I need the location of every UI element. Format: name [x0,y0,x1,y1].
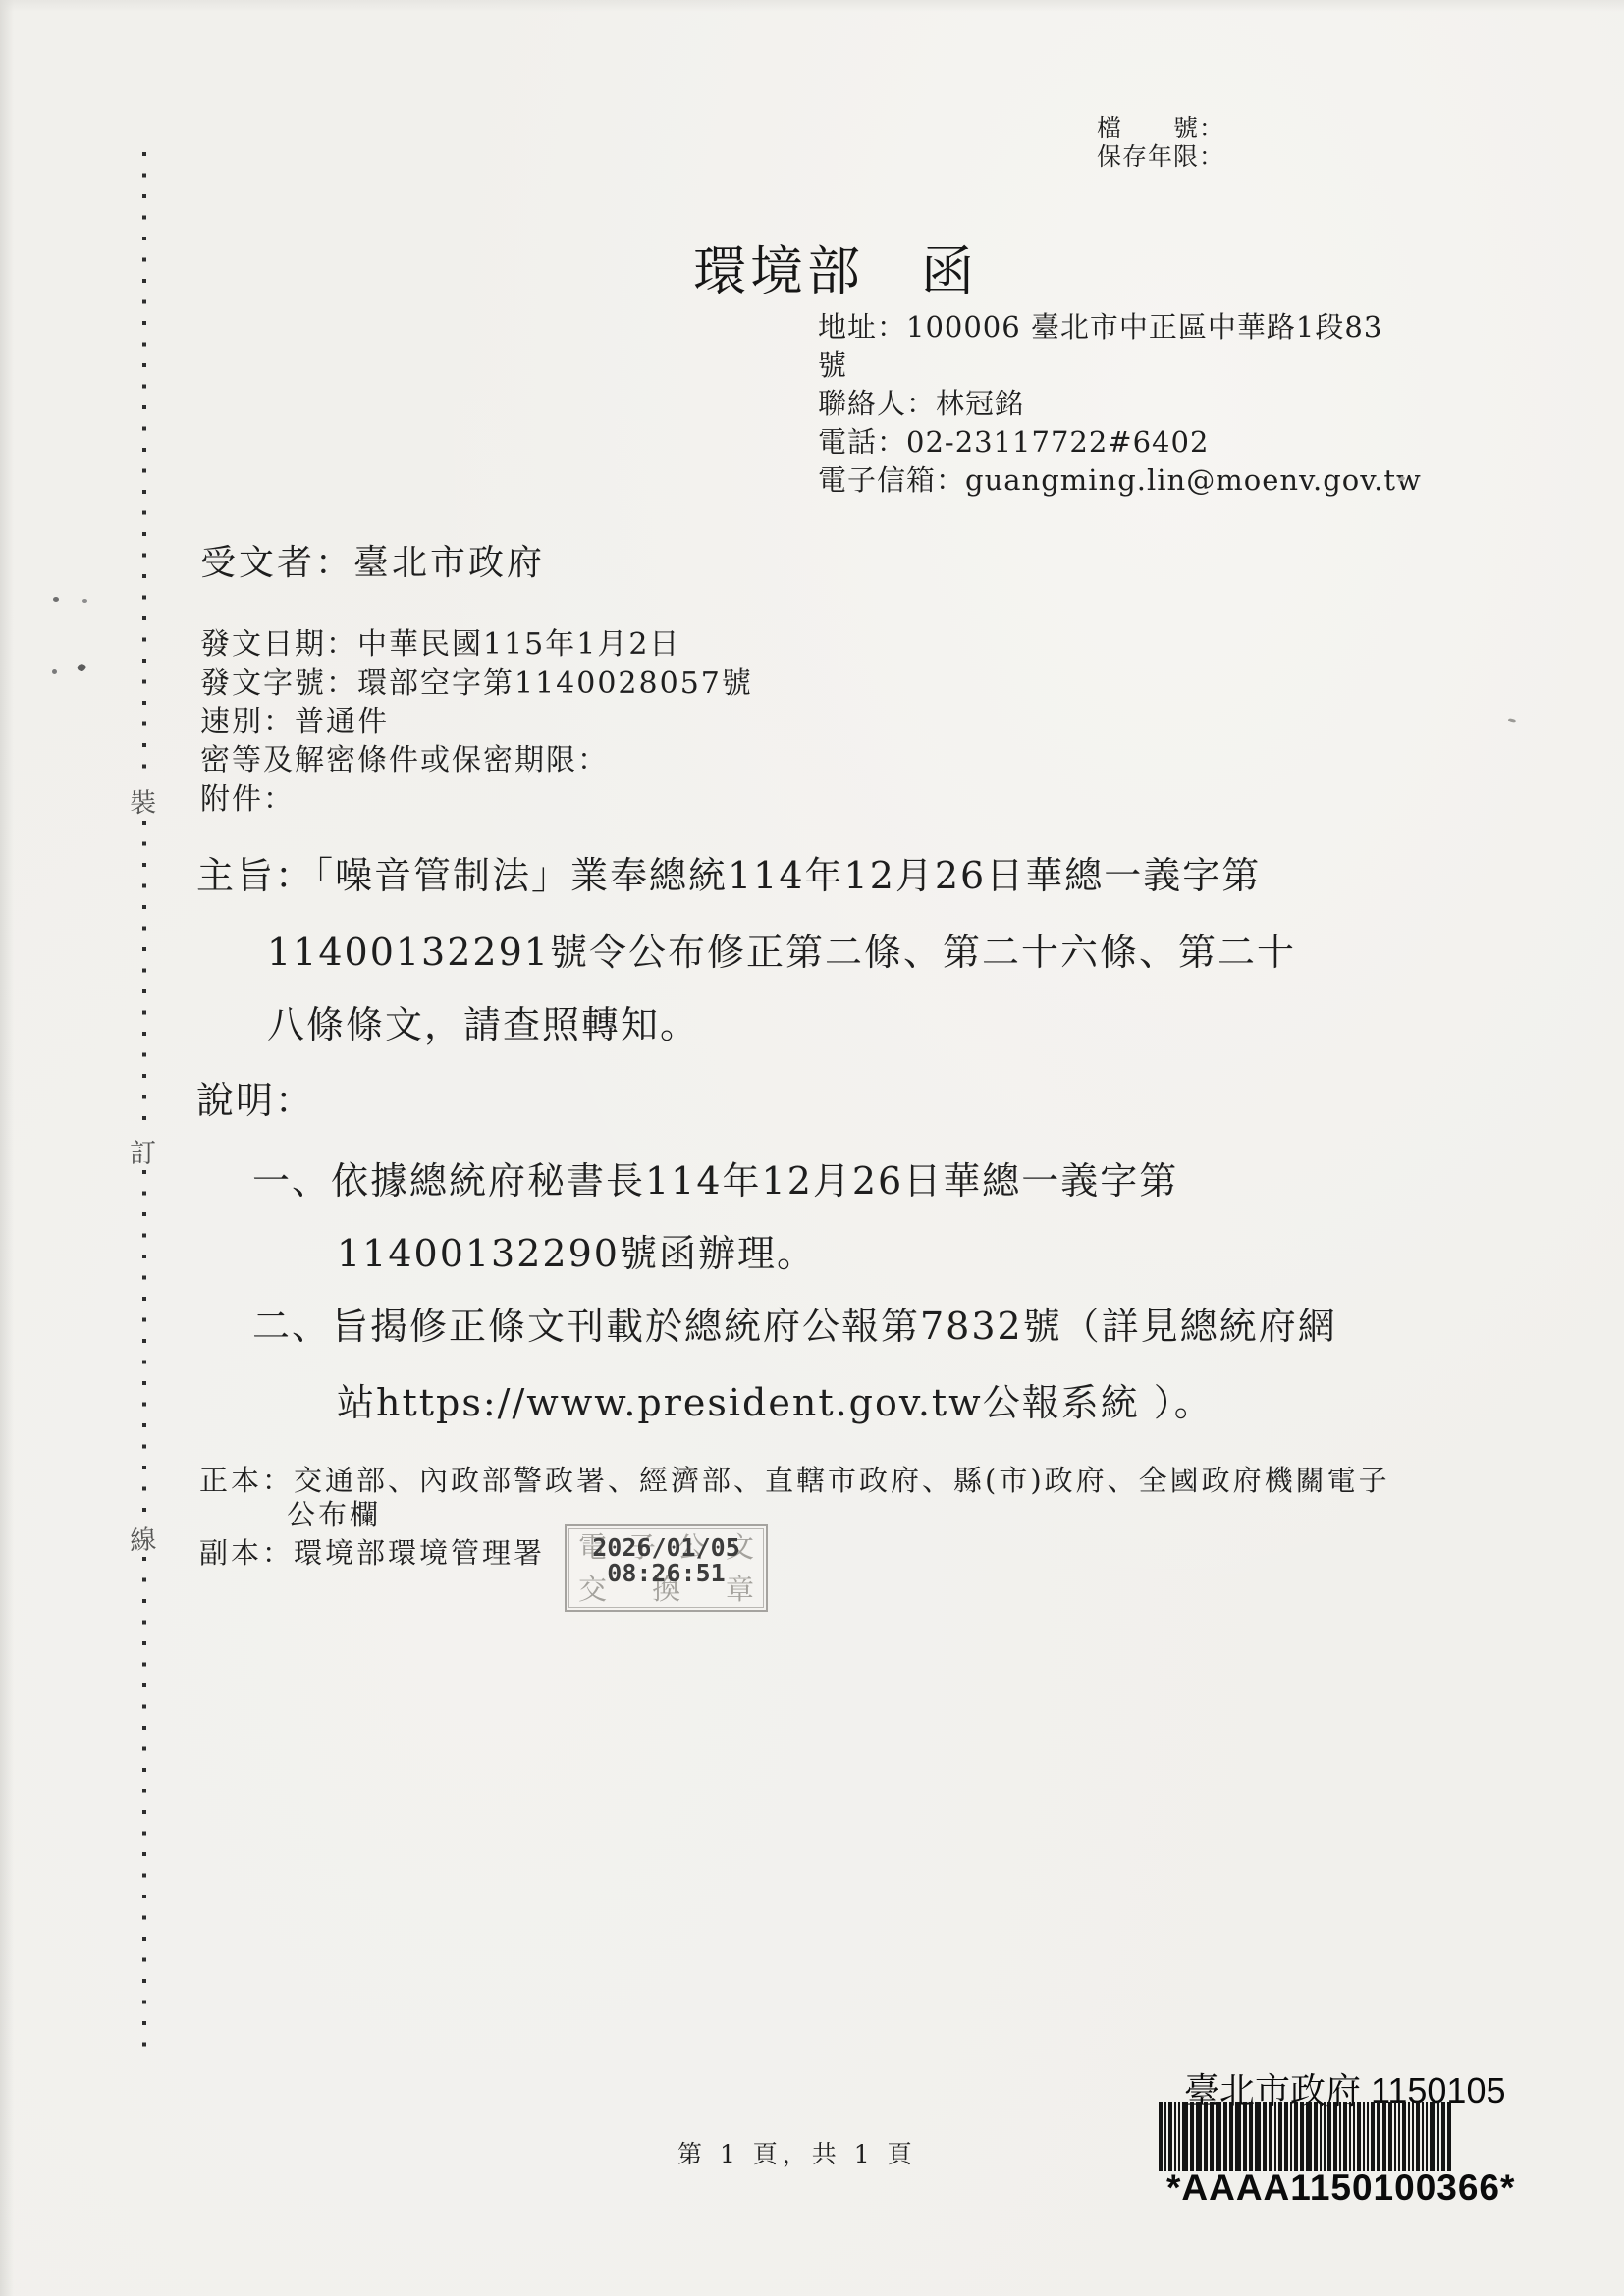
explanation-item1-line2: 11400132290號函辦理。 [337,1223,816,1277]
speed-class-line: 速別：普通件 [200,697,389,740]
subject-line3: 八條條文，請查照轉知。 [267,994,699,1048]
binding-mark-xian: 線 [129,1518,157,1557]
barcode-value: *AAAA1150100366* [1166,2167,1515,2209]
scan-speck [1508,718,1517,723]
doc-number-line: 發文字號：環部空字第1140028057號 [200,659,753,702]
original-recipients-line2: 公布欄 [287,1493,381,1533]
security-class-line: 密等及解密條件或保密期限： [200,735,609,778]
document-title: 環境部 函 [693,230,978,305]
recipient-line: 受文者：臺北市政府 [200,535,545,585]
scan-speck [76,662,86,672]
electronic-exchange-stamp: 電 子 公 文 交 換 章 2026/01/05 08:26:51 [565,1524,768,1612]
retention-period-label: 保存年限： [1097,142,1224,171]
binding-dotted-line-segment [142,152,146,778]
scan-speck [82,599,87,603]
subject-line1: 主旨：「噪音管制法」業奉總統114年12月26日華總一義字第 [196,845,1261,899]
barcode [1159,2102,1481,2171]
scan-speck [52,669,57,674]
stamp-date: 2026/01/05 [567,1535,766,1561]
binding-mark-zhuang: 裝 [129,781,156,821]
sender-contact-person: 聯絡人：林冠銘 [818,382,1024,422]
sender-address-line2: 號 [818,344,847,384]
binding-dotted-line-segment [142,1557,146,2063]
sender-phone: 電話：02-23117722#6402 [818,420,1209,460]
explanation-heading: 說明： [196,1070,314,1124]
sender-email: 電子信箱：guangming.lin@moenv.gov.tw [818,458,1422,499]
explanation-item2-line2: 站https://www.president.gov.tw公報系統 ）。 [337,1372,1214,1426]
explanation-item1-line1: 一、依據總統府秘書長114年12月26日華總一義字第 [252,1150,1178,1204]
scanned-letter-page: 裝 訂 線 檔 號： 保存年限： 環境部 函 地址：100006 臺北市中正區中… [0,0,1624,2296]
binding-dotted-line-segment [142,1170,146,1516]
binding-dotted-line-segment [142,821,146,1129]
sender-address-line1: 地址：100006 臺北市中正區中華路1段83 [818,305,1382,346]
explanation-item2-line1: 二、旨揭修正條文刊載於總統府公報第7832號（詳見總統府網 [252,1296,1337,1350]
copy-recipients-line: 副本：環境部環境管理署 [199,1531,545,1572]
file-number-label: 檔 號： [1097,114,1224,142]
scan-speck [53,597,59,602]
attachment-line: 附件： [200,774,295,818]
binding-mark-ding: 訂 [130,1132,156,1170]
stamp-time: 08:26:51 [567,1561,766,1586]
page-footer: 第 1 頁，共 1 頁 [677,2140,917,2168]
stamp-datetime: 2026/01/05 08:26:51 [567,1535,766,1586]
issue-date-line: 發文日期：中華民國115年1月2日 [200,619,680,663]
subject-line2: 11400132291號令公布修正第二條、第二十六條、第二十 [267,922,1296,976]
